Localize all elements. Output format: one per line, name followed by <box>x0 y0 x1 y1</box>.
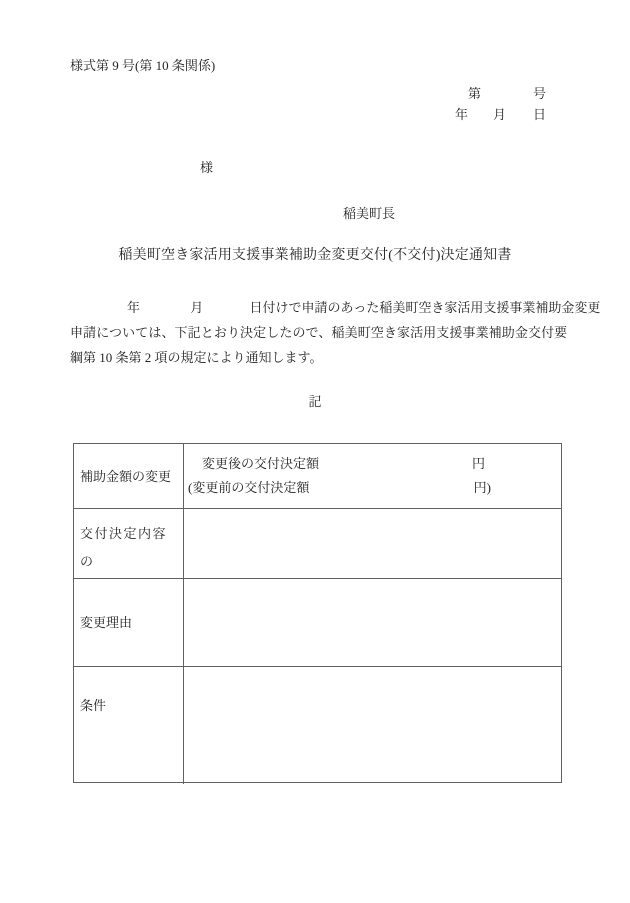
conditions-label: 条件 <box>80 698 106 713</box>
body-paragraph-line1: 年 月 日付けで申請のあった稲美町空き家活用支援事業補助金変更 <box>127 298 600 317</box>
body-paragraph-line2: 申請については、下記とおり決定したので、稲美町空き家活用支援事業補助金交付要 <box>70 323 567 342</box>
before-change-amount-line: (変更前の交付決定額 円) <box>184 476 561 500</box>
table-header-change-reason: 変更理由 <box>74 579 184 667</box>
date-year-label: 年 <box>455 105 468 124</box>
before-change-amount-unit: 円) <box>474 476 491 500</box>
body-paragraph-line3: 綱第 10 条第 2 項の規定により通知します。 <box>70 348 322 367</box>
doc-number-suffix: 号 <box>533 84 546 103</box>
document-title: 稲美町空き家活用支援事業補助金変更交付(不交付)決定通知書 <box>0 246 630 265</box>
doc-number-prefix: 第 <box>468 84 481 103</box>
body-date-year: 年 <box>127 300 140 315</box>
after-change-amount-label: 変更後の交付決定額 <box>202 452 319 476</box>
table-cell-change-reason <box>184 579 561 667</box>
table-cell-decision-content-change <box>184 509 561 579</box>
date-month-label: 月 <box>493 105 506 124</box>
change-reason-label: 変更理由 <box>80 613 132 632</box>
decision-content-change-label-line1: 交付決定内容の <box>80 520 177 576</box>
before-change-amount-label: (変更前の交付決定額 <box>188 476 309 500</box>
addressee-honorific: 様 <box>200 158 213 177</box>
amount-change-label: 補助金額の変更 <box>80 467 171 486</box>
body-date-month: 月 <box>190 300 203 315</box>
document-page: 様式第 9 号(第 10 条関係) 第 号 年 月 日 様 稲美町長 稲美町空き… <box>0 0 630 903</box>
date-day-label: 日 <box>533 105 546 124</box>
body-line1-text: 日付けで申請のあった稲美町空き家活用支援事業補助金変更 <box>250 300 601 315</box>
table-header-amount-change: 補助金額の変更 <box>74 444 184 509</box>
decision-table: 補助金額の変更 変更後の交付決定額 円 (変更前の交付決定額 円) 交付決定内容… <box>73 443 562 783</box>
after-change-amount-unit: 円 <box>472 452 485 476</box>
record-marker: 記 <box>0 392 630 411</box>
after-change-amount-line: 変更後の交付決定額 円 <box>184 452 561 476</box>
form-number-label: 様式第 9 号(第 10 条関係) <box>70 56 215 75</box>
table-header-decision-content-change: 交付決定内容の 変更 <box>74 509 184 579</box>
table-cell-conditions <box>184 667 561 784</box>
table-header-conditions: 条件 <box>74 667 184 784</box>
sender-title: 稲美町長 <box>343 204 395 223</box>
table-cell-amount-values: 変更後の交付決定額 円 (変更前の交付決定額 円) <box>184 444 561 509</box>
